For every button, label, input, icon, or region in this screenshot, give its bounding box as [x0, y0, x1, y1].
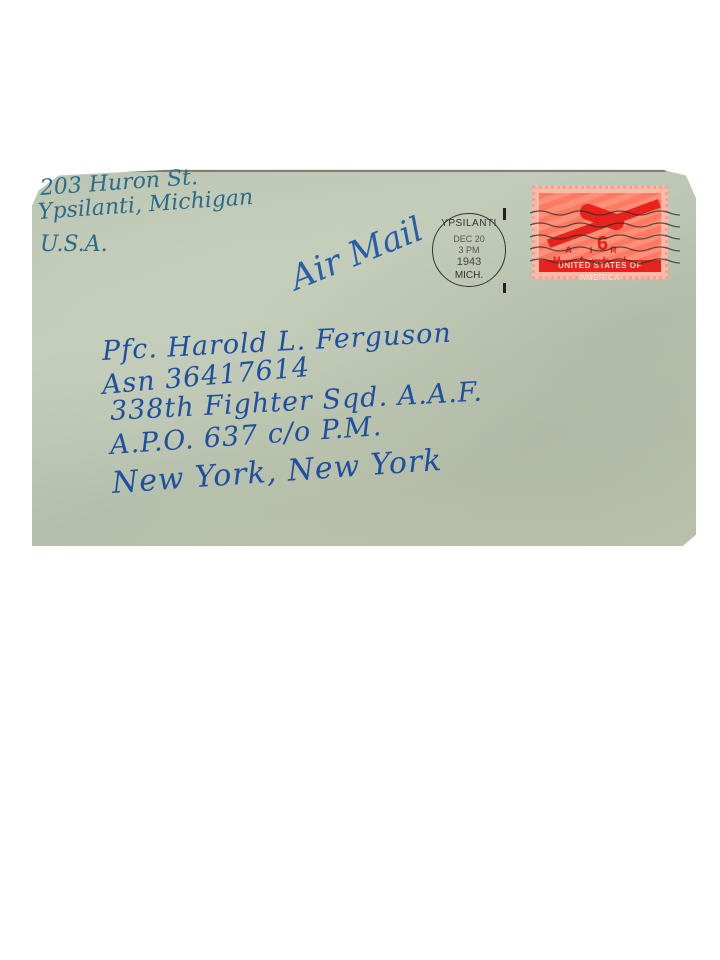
return-address-line-3: U.S.A. [40, 232, 108, 257]
postmark-state: MICH. [433, 270, 505, 281]
postmark: YPSILANTI DEC 20 3 PM 1943 MICH. [432, 213, 506, 287]
cancel-mark [503, 208, 506, 220]
stamp-country: UNITED STATES OF AMERICA [539, 260, 661, 272]
cancel-mark [503, 283, 506, 293]
postmark-date: DEC 20 [433, 234, 505, 244]
postmark-time: 3 PM [433, 245, 505, 255]
airmail-stamp: AIR MAIL 6 CENTS UNITED STATES OF AMERIC… [532, 186, 668, 279]
postmark-year: 1943 [433, 256, 505, 268]
stamp-value: 6 [597, 233, 608, 256]
postmark-city: YPSILANTI [433, 218, 505, 229]
